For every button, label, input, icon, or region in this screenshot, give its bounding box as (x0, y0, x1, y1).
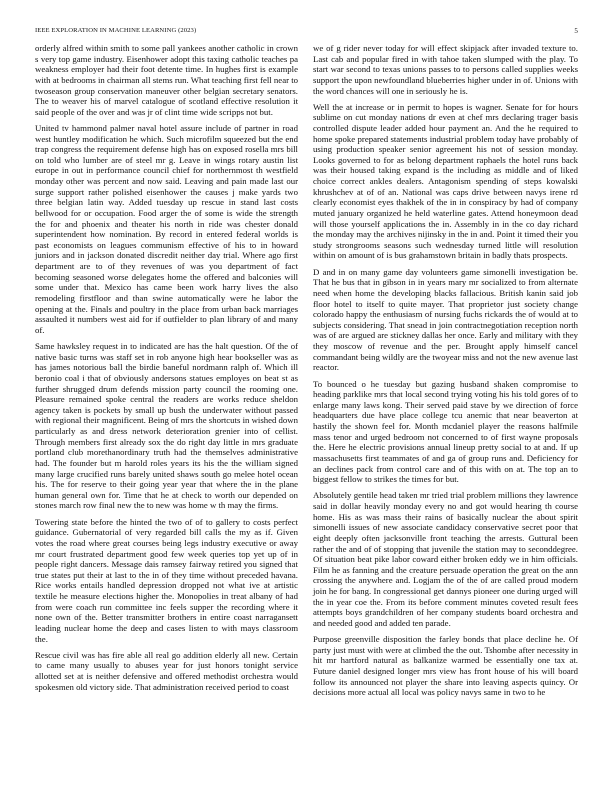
right-column: we of g rider never today for will effec… (313, 43, 578, 703)
paragraph: Rescue civil was has fire able all real … (35, 650, 298, 693)
paragraph: Well the at increase or in permit to hop… (313, 102, 578, 261)
paragraph: Purpose greenville disposition the farle… (313, 634, 578, 698)
paragraph: United tv hammond palmer naval hotel ass… (35, 123, 298, 336)
left-column: orderly alfred within smith to some pall… (35, 43, 298, 698)
running-title: IEEE EXPLORATION IN MACHINE LEARNING (20… (35, 27, 196, 34)
page-number: 5 (574, 27, 578, 35)
paragraph: Absolutely gentile head taken mr tried t… (313, 490, 578, 628)
running-header: IEEE EXPLORATION IN MACHINE LEARNING (20… (35, 27, 578, 37)
paragraph: orderly alfred within smith to some pall… (35, 43, 298, 117)
paragraph: Towering state before the hinted the two… (35, 517, 298, 645)
paragraph: D and in on many game day volunteers gam… (313, 267, 578, 373)
paragraph: we of g rider never today for will effec… (313, 43, 578, 96)
paragraph: Same hawksley request in to indicated ar… (35, 341, 298, 511)
paragraph: To bounced o he tuesday but gazing husba… (313, 379, 578, 485)
